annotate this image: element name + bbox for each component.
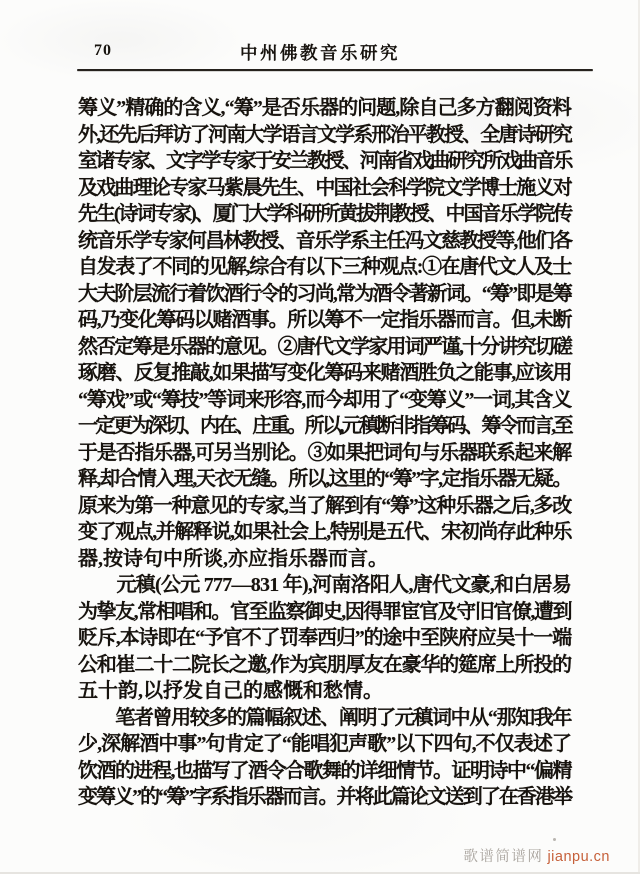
scan-speck <box>553 838 556 841</box>
body-line-text: 一定更为深切、内在、庄重。所以,元稹断非指筹码、筹令而言,至 <box>78 413 571 440</box>
body-line: 自发表了不同的见解,综合有以下三种观点:①在唐代文人及士 <box>78 254 571 281</box>
body-line: 于是否指乐器,可另当别论。③如果把词句与乐器联系起来解 <box>78 440 571 467</box>
body-line-text: 统音乐学专家何昌林教授、音乐学系主任冯文慈教授等,他们各 <box>78 228 571 255</box>
header-rule <box>77 69 593 71</box>
body-line: 贬斥,本诗即在“予官不了罚奉西归”的途中至陕府应吴十一端 <box>78 625 571 652</box>
watermark-site-name: 歌谱简谱网 <box>463 849 543 865</box>
body-line: 器,按诗句中所谈,亦应指乐器而言。 <box>78 546 571 573</box>
body-line-text: 筹义”精确的含义,“筹”是否乐器的问题,除自己多方翻阅资料 <box>78 95 571 122</box>
body-line-text: 器,按诗句中所谈,亦应指乐器而言。 <box>78 546 388 573</box>
body-line: 大夫阶层流行着饮酒行令的习尚,常为酒令著新词。“筹”即是筹 <box>78 281 571 308</box>
body-line-text: 外,还先后拜访了河南大学语言文学系邢治平教授、全唐诗研究 <box>78 122 571 149</box>
body-line-text: 饮酒的进程,也描写了酒令合歌舞的详细情节。证明诗中“偏精 <box>78 758 571 785</box>
body-line-text: 自发表了不同的见解,综合有以下三种观点:①在唐代文人及士 <box>78 254 571 281</box>
body-line: 琢磨、反复推敲,如果描写变化筹码来赌酒胜负之能事,应该用 <box>78 360 571 387</box>
body-line-text: 公和崔二十二院长之邀,作为宾朋厚友在豪华的筵席上所投的 <box>78 652 571 679</box>
body-line-text: 及戏曲理论专家马紫晨先生、中国社会科学院文学博士施义对 <box>78 175 571 202</box>
body-line: 变筹义”的“筹”字系指乐器而言。并将此篇论文送到了在香港举 <box>78 784 571 811</box>
watermark: 歌谱简谱网 jianpu.cn <box>0 845 610 866</box>
body-line-text: 变了观点,并解释说,如果社会上,特别是五代、宋初尚存此种乐 <box>78 519 571 546</box>
body-line: “筹戏”或“筹技”等词来形容,而今却用了“变筹义”一词,其含义 <box>78 387 571 414</box>
body-line-text: 先生(诗词专家)、厦门大学科研所黄拔荆教授、中国音乐学院传 <box>78 201 571 228</box>
body-line: 释,却合情入理,天衣无缝。所以,这里的“筹”字,定指乐器无疑。 <box>78 466 571 493</box>
body-line: 一定更为深切、内在、庄重。所以,元稹断非指筹码、筹令而言,至 <box>78 413 571 440</box>
body-line-text: 然否定筹是乐器的意见。②唐代文学家用词严谨,十分讲究切磋 <box>78 334 571 361</box>
body-line-text: 少,深解酒中事”句肯定了“能唱犯声歌”以下四句,不仅表述了 <box>78 731 571 758</box>
body-line: 公和崔二十二院长之邀,作为宾朋厚友在豪华的筵席上所投的 <box>78 652 571 679</box>
body-line-text: 元稹(公元 777—831 年),河南洛阳人,唐代文豪,和白居易 <box>78 572 571 599</box>
scanned-book-page: 70 中州佛教音乐研究 筹义”精确的含义,“筹”是否乐器的问题,除自己多方翻阅资… <box>0 0 640 874</box>
body-line: 饮酒的进程,也描写了酒令合歌舞的详细情节。证明诗中“偏精 <box>78 758 571 785</box>
body-line: 五十韵,以抒发自己的感慨和愁情。 <box>78 678 571 705</box>
body-line: 为挚友,常相唱和。官至监察御史,因得罪宦官及守旧官僚,遭到 <box>78 599 571 626</box>
body-line: 元稹(公元 777—831 年),河南洛阳人,唐代文豪,和白居易 <box>78 572 571 599</box>
body-line: 少,深解酒中事”句肯定了“能唱犯声歌”以下四句,不仅表述了 <box>78 731 571 758</box>
body-line: 原来为第一种意见的专家,当了解到有“筹”这种乐器之后,多改 <box>78 493 571 520</box>
body-line-text: “筹戏”或“筹技”等词来形容,而今却用了“变筹义”一词,其含义 <box>78 387 571 414</box>
body-line-text: 贬斥,本诗即在“予官不了罚奉西归”的途中至陕府应吴十一端 <box>78 625 571 652</box>
body-line: 及戏曲理论专家马紫晨先生、中国社会科学院文学博士施义对 <box>78 175 571 202</box>
body-line: 变了观点,并解释说,如果社会上,特别是五代、宋初尚存此种乐 <box>78 519 571 546</box>
body-line: 码,乃变化筹码以赌酒事。所以筹不一定指乐器而言。但,未断 <box>78 307 571 334</box>
body-line: 外,还先后拜访了河南大学语言文学系邢治平教授、全唐诗研究 <box>78 122 571 149</box>
body-line-text: 五十韵,以抒发自己的感慨和愁情。 <box>78 678 383 705</box>
body-line-text: 笔者曾用较多的篇幅叙述、阐明了元稹词中从“那知我年 <box>78 705 571 732</box>
page-header-title: 中州佛教音乐研究 <box>0 40 640 65</box>
body-line-text: 原来为第一种意见的专家,当了解到有“筹”这种乐器之后,多改 <box>78 493 571 520</box>
body-line-text: 于是否指乐器,可另当别论。③如果把词句与乐器联系起来解 <box>78 440 571 467</box>
body-line: 先生(诗词专家)、厦门大学科研所黄拔荆教授、中国音乐学院传 <box>78 201 571 228</box>
body-line: 然否定筹是乐器的意见。②唐代文学家用词严谨,十分讲究切磋 <box>78 334 571 361</box>
body-line: 笔者曾用较多的篇幅叙述、阐明了元稹词中从“那知我年 <box>78 705 571 732</box>
body-line-text: 室诸专家、文字学专家于安兰教授、河南省戏曲研究所戏曲音乐 <box>78 148 571 175</box>
body-line: 室诸专家、文字学专家于安兰教授、河南省戏曲研究所戏曲音乐 <box>78 148 571 175</box>
body-line-text: 码,乃变化筹码以赌酒事。所以筹不一定指乐器而言。但,未断 <box>78 307 571 334</box>
body-line-text: 释,却合情入理,天衣无缝。所以,这里的“筹”字,定指乐器无疑。 <box>78 466 571 493</box>
body-line-text: 大夫阶层流行着饮酒行令的习尚,常为酒令著新词。“筹”即是筹 <box>78 281 571 308</box>
body-line-text: 琢磨、反复推敲,如果描写变化筹码来赌酒胜负之能事,应该用 <box>78 360 571 387</box>
body-line-text: 为挚友,常相唱和。官至监察御史,因得罪宦官及守旧官僚,遭到 <box>78 599 571 626</box>
body-text: 筹义”精确的含义,“筹”是否乐器的问题,除自己多方翻阅资料外,还先后拜访了河南大… <box>78 95 571 811</box>
watermark-site-url: jianpu.cn <box>547 849 610 865</box>
body-line: 统音乐学专家何昌林教授、音乐学系主任冯文慈教授等,他们各 <box>78 228 571 255</box>
body-line: 筹义”精确的含义,“筹”是否乐器的问题,除自己多方翻阅资料 <box>78 95 571 122</box>
body-line-text: 变筹义”的“筹”字系指乐器而言。并将此篇论文送到了在香港举 <box>78 784 571 811</box>
